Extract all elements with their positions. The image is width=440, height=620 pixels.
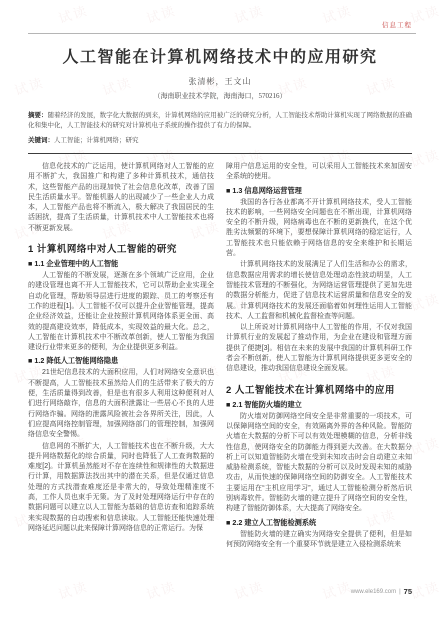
keywords-label: 关键词： xyxy=(28,137,54,144)
section-1-3-paragraph-c: 以上所说对计算机网络中人工智能的作用，不仅对我国计算机行业的发展起了推动作用，为… xyxy=(226,323,412,374)
abstract-label: 摘要： xyxy=(28,112,48,119)
paper-title: 人工智能在计算机网络技术中的应用研究 xyxy=(28,44,412,67)
affiliation: （海南职业技术学院，海南海口，570216） xyxy=(28,91,412,101)
keywords: 关键词：人工智能；计算机网络；研究 xyxy=(28,136,412,146)
intro-paragraph: 信息化技术的广泛运用，使计算机网络对人工智能的应用不断扩大，我国推广和构建了多种… xyxy=(28,162,214,234)
header-rule xyxy=(28,33,416,34)
section-1-2-paragraph-a: 21世纪信息技术的大面积应用，人们对网络安全意识也不断提高，人工智能技术虽然给人… xyxy=(28,368,214,440)
section-1-heading: 1 计算机网络中对人工智能的研究 xyxy=(28,241,214,255)
keywords-text: 人工智能；计算机网络；研究 xyxy=(54,137,139,144)
section-1-1-paragraph: 人工智能的不断发展，逐渐在多个领域广泛应用，企业的建设管理也离不开人工智能技术，… xyxy=(28,271,214,353)
paper-page: 试读试读试读试读试读试读试读试读试读试读试读试读试读试读试读试读试读试读试读试读… xyxy=(0,0,440,620)
section-1-3-paragraph-b: 计算机网络技术的发展满足了人们生活和办公的需求，信息数据应用需求的增长使信息处理… xyxy=(226,260,412,322)
section-1-2-paragraph-b: 信息网的不断扩大，人工智能技术也在不断升级，大大提升网络数据化的综合质量，同时也… xyxy=(28,442,214,535)
section-2-2-heading: ■ 2.2 建立人工智能检测系统 xyxy=(226,518,412,528)
footer-separator: | xyxy=(399,589,401,595)
abstract-text: 随着经济的发展，数字化大数据的到来，计算机网络的应用被广泛的研究分析，人工智能技… xyxy=(28,112,412,129)
left-column: 信息化技术的广泛运用，使计算机网络对人工智能的应用不断扩大，我国推广和构建了多种… xyxy=(28,162,214,586)
section-2-2-paragraph: 智能防火墙的建立确实为网络安全提供了便利，但是如何预防网络安全有一个重要环节就是… xyxy=(226,530,412,551)
continuation-paragraph: 障用户信息运用的安全性，可以采用人工智能技术来加固安全系统的使用。 xyxy=(226,162,412,183)
section-1-1-heading: ■ 1.1 企业管理中的人工智能 xyxy=(28,259,214,269)
page-number: 75 xyxy=(404,587,412,596)
section-1-3-paragraph-a: 我国的各行各业都离不开计算机网络技术，受人工智能技术的影响，一些网络安全问题也在… xyxy=(226,198,412,260)
page-footer: www.ele169.com | 75 xyxy=(351,587,412,596)
section-1-2-heading: ■ 1.2 降低人工智能网络隐患 xyxy=(28,356,214,366)
authors: 张清彬，王文山 xyxy=(28,76,412,87)
section-2-1-heading: ■ 2.1 智能防火墙的建立 xyxy=(226,400,412,410)
body-columns: 信息化技术的广泛运用，使计算机网络对人工智能的应用不断扩大，我国推广和构建了多种… xyxy=(28,162,412,586)
abstract: 摘要：随着经济的发展，数字化大数据的到来，计算机网络的应用被广泛的研究分析，人工… xyxy=(28,111,412,131)
section-1-3-heading: ■ 1.3 信息网络运营管理 xyxy=(226,186,412,196)
section-2-1-paragraph: 防火墙对防御网络空间安全是非常重要的一项技术，可以保障网络空间的安全，有效隔离外… xyxy=(226,412,412,515)
right-column: 障用户信息运用的安全性，可以采用人工智能技术来加固安全系统的使用。 ■ 1.3 … xyxy=(226,162,412,586)
paper-content: 人工智能在计算机网络技术中的应用研究 张清彬，王文山 （海南职业技术学院，海南海… xyxy=(0,0,440,586)
section-2-heading: 2 人工智能技术在计算机网络中的应用 xyxy=(226,382,412,396)
footer-site: www.ele169.com xyxy=(351,589,396,595)
journal-section-label: 信息工程 xyxy=(382,20,412,29)
keywords-divider xyxy=(28,153,412,154)
